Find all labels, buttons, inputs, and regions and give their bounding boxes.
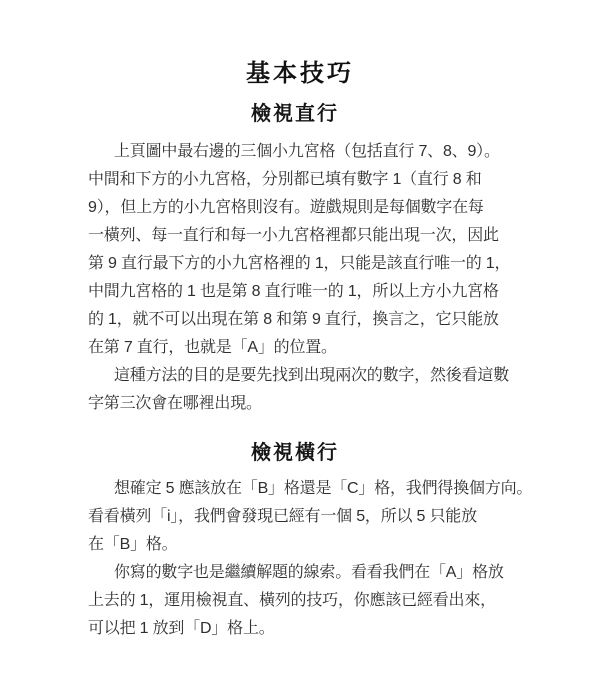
text-line: 第 9 直行最下方的小九宮格裡的 1，只能是該直行唯一的 1， [88, 250, 502, 278]
paragraph-columns-1: 上頁圖中最右邊的三個小九宮格（包括直行 7、8、9）。 中間和下方的小九宮格，分… [88, 138, 502, 362]
text-line: 上去的 1，運用檢視直、橫列的技巧，你應該已經看出來， [88, 587, 502, 615]
text-line: 中間九宮格的 1 也是第 8 直行唯一的 1，所以上方小九宮格 [88, 278, 502, 306]
paragraph-columns-2: 這種方法的目的是要先找到出現兩次的數字，然後看這數 字第三次會在哪裡出現。 [88, 362, 502, 418]
text-line: 字第三次會在哪裡出現。 [88, 390, 502, 418]
text-line: 看看橫列「i」，我們會發現已經有一個 5，所以 5 只能放 [88, 503, 502, 531]
page-content: 檢視直行 上頁圖中最右邊的三個小九宮格（包括直行 7、8、9）。 中間和下方的小… [88, 103, 502, 643]
text-line: 你寫的數字也是繼續解題的線索。看看我們在「A」格放 [88, 559, 502, 587]
paragraph-rows-2: 你寫的數字也是繼續解題的線索。看看我們在「A」格放 上去的 1，運用檢視直、橫列… [88, 559, 502, 643]
text-line: 這種方法的目的是要先找到出現兩次的數字，然後看這數 [88, 362, 502, 390]
text-line: 在「B」格。 [88, 531, 502, 559]
paragraph-rows-1: 想確定 5 應該放在「B」格還是「C」格，我們得換個方向。 看看橫列「i」，我們… [88, 475, 502, 559]
text-line: 在第 7 直行，也就是「A」的位置。 [88, 334, 502, 362]
text-line: 中間和下方的小九宮格，分別都已填有數字 1（直行 8 和 [88, 166, 502, 194]
page-title: 基本技巧 [0, 60, 600, 88]
text-line: 上頁圖中最右邊的三個小九宮格（包括直行 7、8、9）。 [88, 138, 502, 166]
text-line: 9），但上方的小九宮格則沒有。遊戲規則是每個數字在每 [88, 194, 502, 222]
text-line: 想確定 5 應該放在「B」格還是「C」格，我們得換個方向。 [88, 475, 502, 503]
section-heading-check-columns: 檢視直行 [88, 103, 502, 125]
text-line: 一橫列、每一直行和每一小九宮格裡都只能出現一次，因此 [88, 222, 502, 250]
text-line: 的 1，就不可以出現在第 8 和第 9 直行，換言之，它只能放 [88, 306, 502, 334]
text-line: 可以把 1 放到「D」格上。 [88, 615, 502, 643]
section-heading-check-rows: 檢視橫行 [88, 442, 502, 464]
document-page: 基本技巧 檢視直行 上頁圖中最右邊的三個小九宮格（包括直行 7、8、9）。 中間… [0, 0, 600, 695]
